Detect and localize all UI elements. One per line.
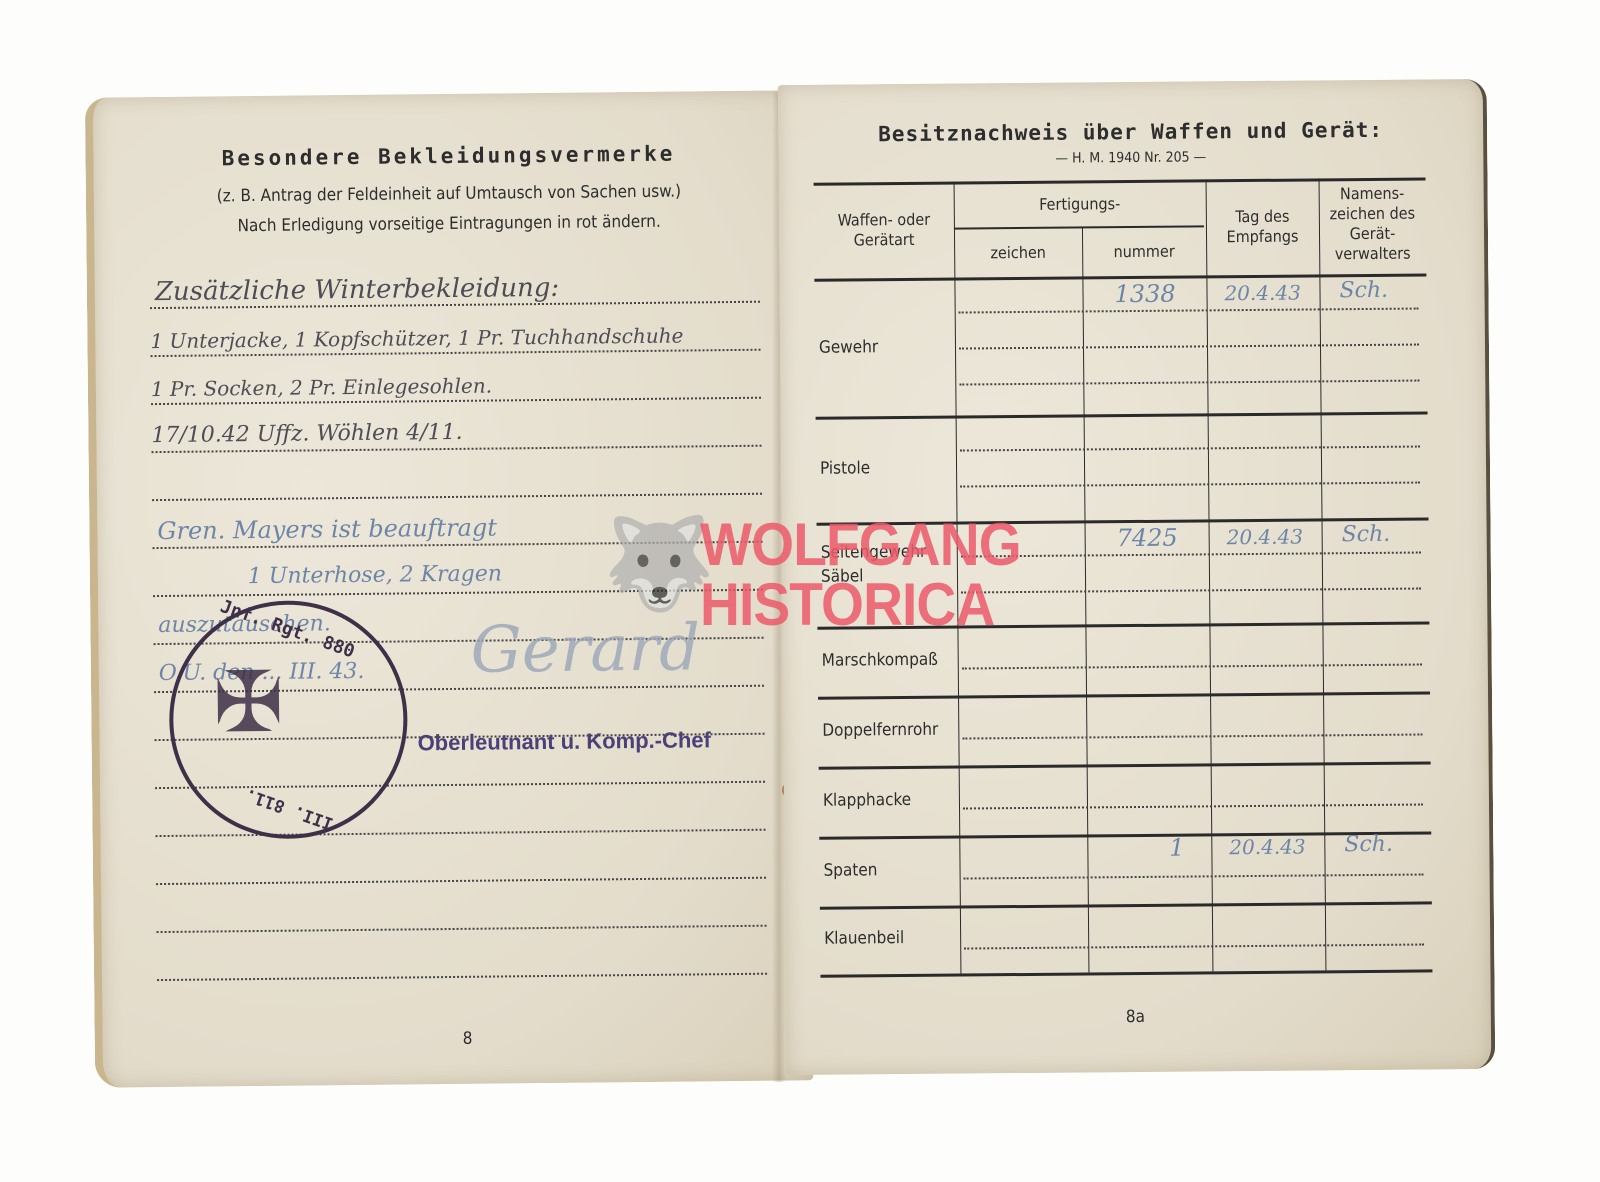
row-label-spaten: Spaten — [823, 860, 877, 880]
table-rule — [954, 225, 1204, 229]
left-page-subtitle-2: Nach Erledigung vorseitige Eintragungen … — [94, 210, 804, 237]
gewehr-date: 20.4.43 — [1224, 281, 1301, 306]
table-column-rule — [1206, 179, 1214, 971]
ruled-line — [157, 973, 767, 981]
eagle-emblem-icon: ✠ — [213, 660, 284, 745]
table-rule — [818, 691, 1430, 699]
entry-line — [962, 734, 1422, 740]
entry-line — [962, 664, 1422, 670]
entry-line — [963, 804, 1423, 810]
entry-line — [959, 308, 1419, 314]
table-column-rule — [1082, 226, 1090, 972]
entry-line — [961, 588, 1421, 594]
handwritten-entry: 1 Unterhose, 2 Kragen — [248, 561, 502, 589]
handwritten-entry: 17/10.42 Uffz. Wöhlen 4/11. — [151, 420, 462, 448]
right-page-title: Besitznachweis über Waffen und Gerät: — [778, 117, 1483, 147]
header-signature: Namens- zeichen des Gerät- verwalters — [1319, 183, 1427, 264]
handwritten-entry: Zusätzliche Winterbekleidung: — [155, 273, 560, 307]
entry-line — [964, 944, 1424, 950]
row-label-marschkompass: Marschkompaß — [822, 650, 938, 671]
handwritten-entry: 1 Unterjacke, 1 Kopfschützer, 1 Pr. Tuch… — [150, 324, 683, 354]
gewehr-nummer: 1338 — [1114, 280, 1175, 309]
handwritten-entry: Gren. Mayers ist beauftragt — [157, 513, 497, 545]
table-rule — [820, 969, 1432, 977]
table-rule — [819, 831, 1431, 839]
entry-line — [960, 482, 1420, 488]
wolf-head-icon: 🐺 — [602, 511, 715, 617]
ruled-line — [152, 493, 762, 501]
page-number: 8 — [463, 1029, 473, 1049]
watermark-line-1: WOLFGANG — [700, 515, 1021, 575]
header-nummer: nummer — [1082, 241, 1206, 262]
watermark-line-2: HISTORICA — [700, 575, 1021, 635]
table-rule — [820, 901, 1432, 909]
spaten-nummer: 1 — [1169, 834, 1185, 862]
header-type: Waffen- oder Gerätart — [814, 210, 954, 251]
entry-line — [961, 552, 1421, 558]
header-date: Tag des Empfangs — [1206, 206, 1319, 247]
entry-line — [960, 446, 1420, 452]
left-page-subtitle-1: (z. B. Antrag der Feldeinheit auf Umtaus… — [94, 180, 804, 207]
row-label-gewehr: Gewehr — [819, 337, 878, 358]
watermark: WOLFGANG HISTORICA — [700, 515, 1021, 635]
entry-line — [959, 344, 1419, 350]
rank-stamp: Oberleutnant u. Komp.-Chef — [417, 727, 711, 756]
regulation-reference: — H. M. 1940 Nr. 205 — — [778, 147, 1483, 169]
ruled-line — [157, 925, 767, 933]
page-number: 8a — [1126, 1007, 1145, 1027]
table-rule — [819, 761, 1431, 769]
gewehr-signature: Sch. — [1339, 278, 1388, 303]
entry-line — [964, 874, 1424, 880]
row-label-doppelfernrohr: Doppelfernrohr — [822, 720, 938, 741]
stamp-bottom-text: III. 811. — [177, 761, 401, 856]
header-fertigung: Fertigungs- — [954, 193, 1206, 215]
row-label-klauenbeil: Klauenbeil — [824, 928, 904, 949]
handwritten-entry: 1 Pr. Socken, 2 Pr. Einlegesohlen. — [151, 374, 492, 402]
row-label-klapphacke: Klapphacke — [823, 790, 911, 811]
entry-line — [959, 380, 1419, 386]
seitengewehr-date: 20.4.43 — [1227, 525, 1304, 550]
header-zeichen: zeichen — [954, 242, 1082, 263]
seitengewehr-nummer: 7425 — [1117, 524, 1178, 553]
ruled-line — [156, 877, 766, 885]
spaten-signature: Sch. — [1344, 832, 1393, 857]
table-column-rule — [1319, 178, 1327, 970]
left-page-title: Besondere Bekleidungsvermerke — [93, 140, 803, 171]
officer-signature: Gerard — [470, 611, 700, 687]
table-rule — [816, 411, 1428, 419]
unit-stamp: Jnf. Rgt. 880 ✠ III. 811. — [168, 599, 408, 839]
spaten-date: 20.4.43 — [1229, 835, 1306, 860]
row-label-pistole: Pistole — [820, 458, 870, 478]
seitengewehr-signature: Sch. — [1342, 522, 1391, 547]
